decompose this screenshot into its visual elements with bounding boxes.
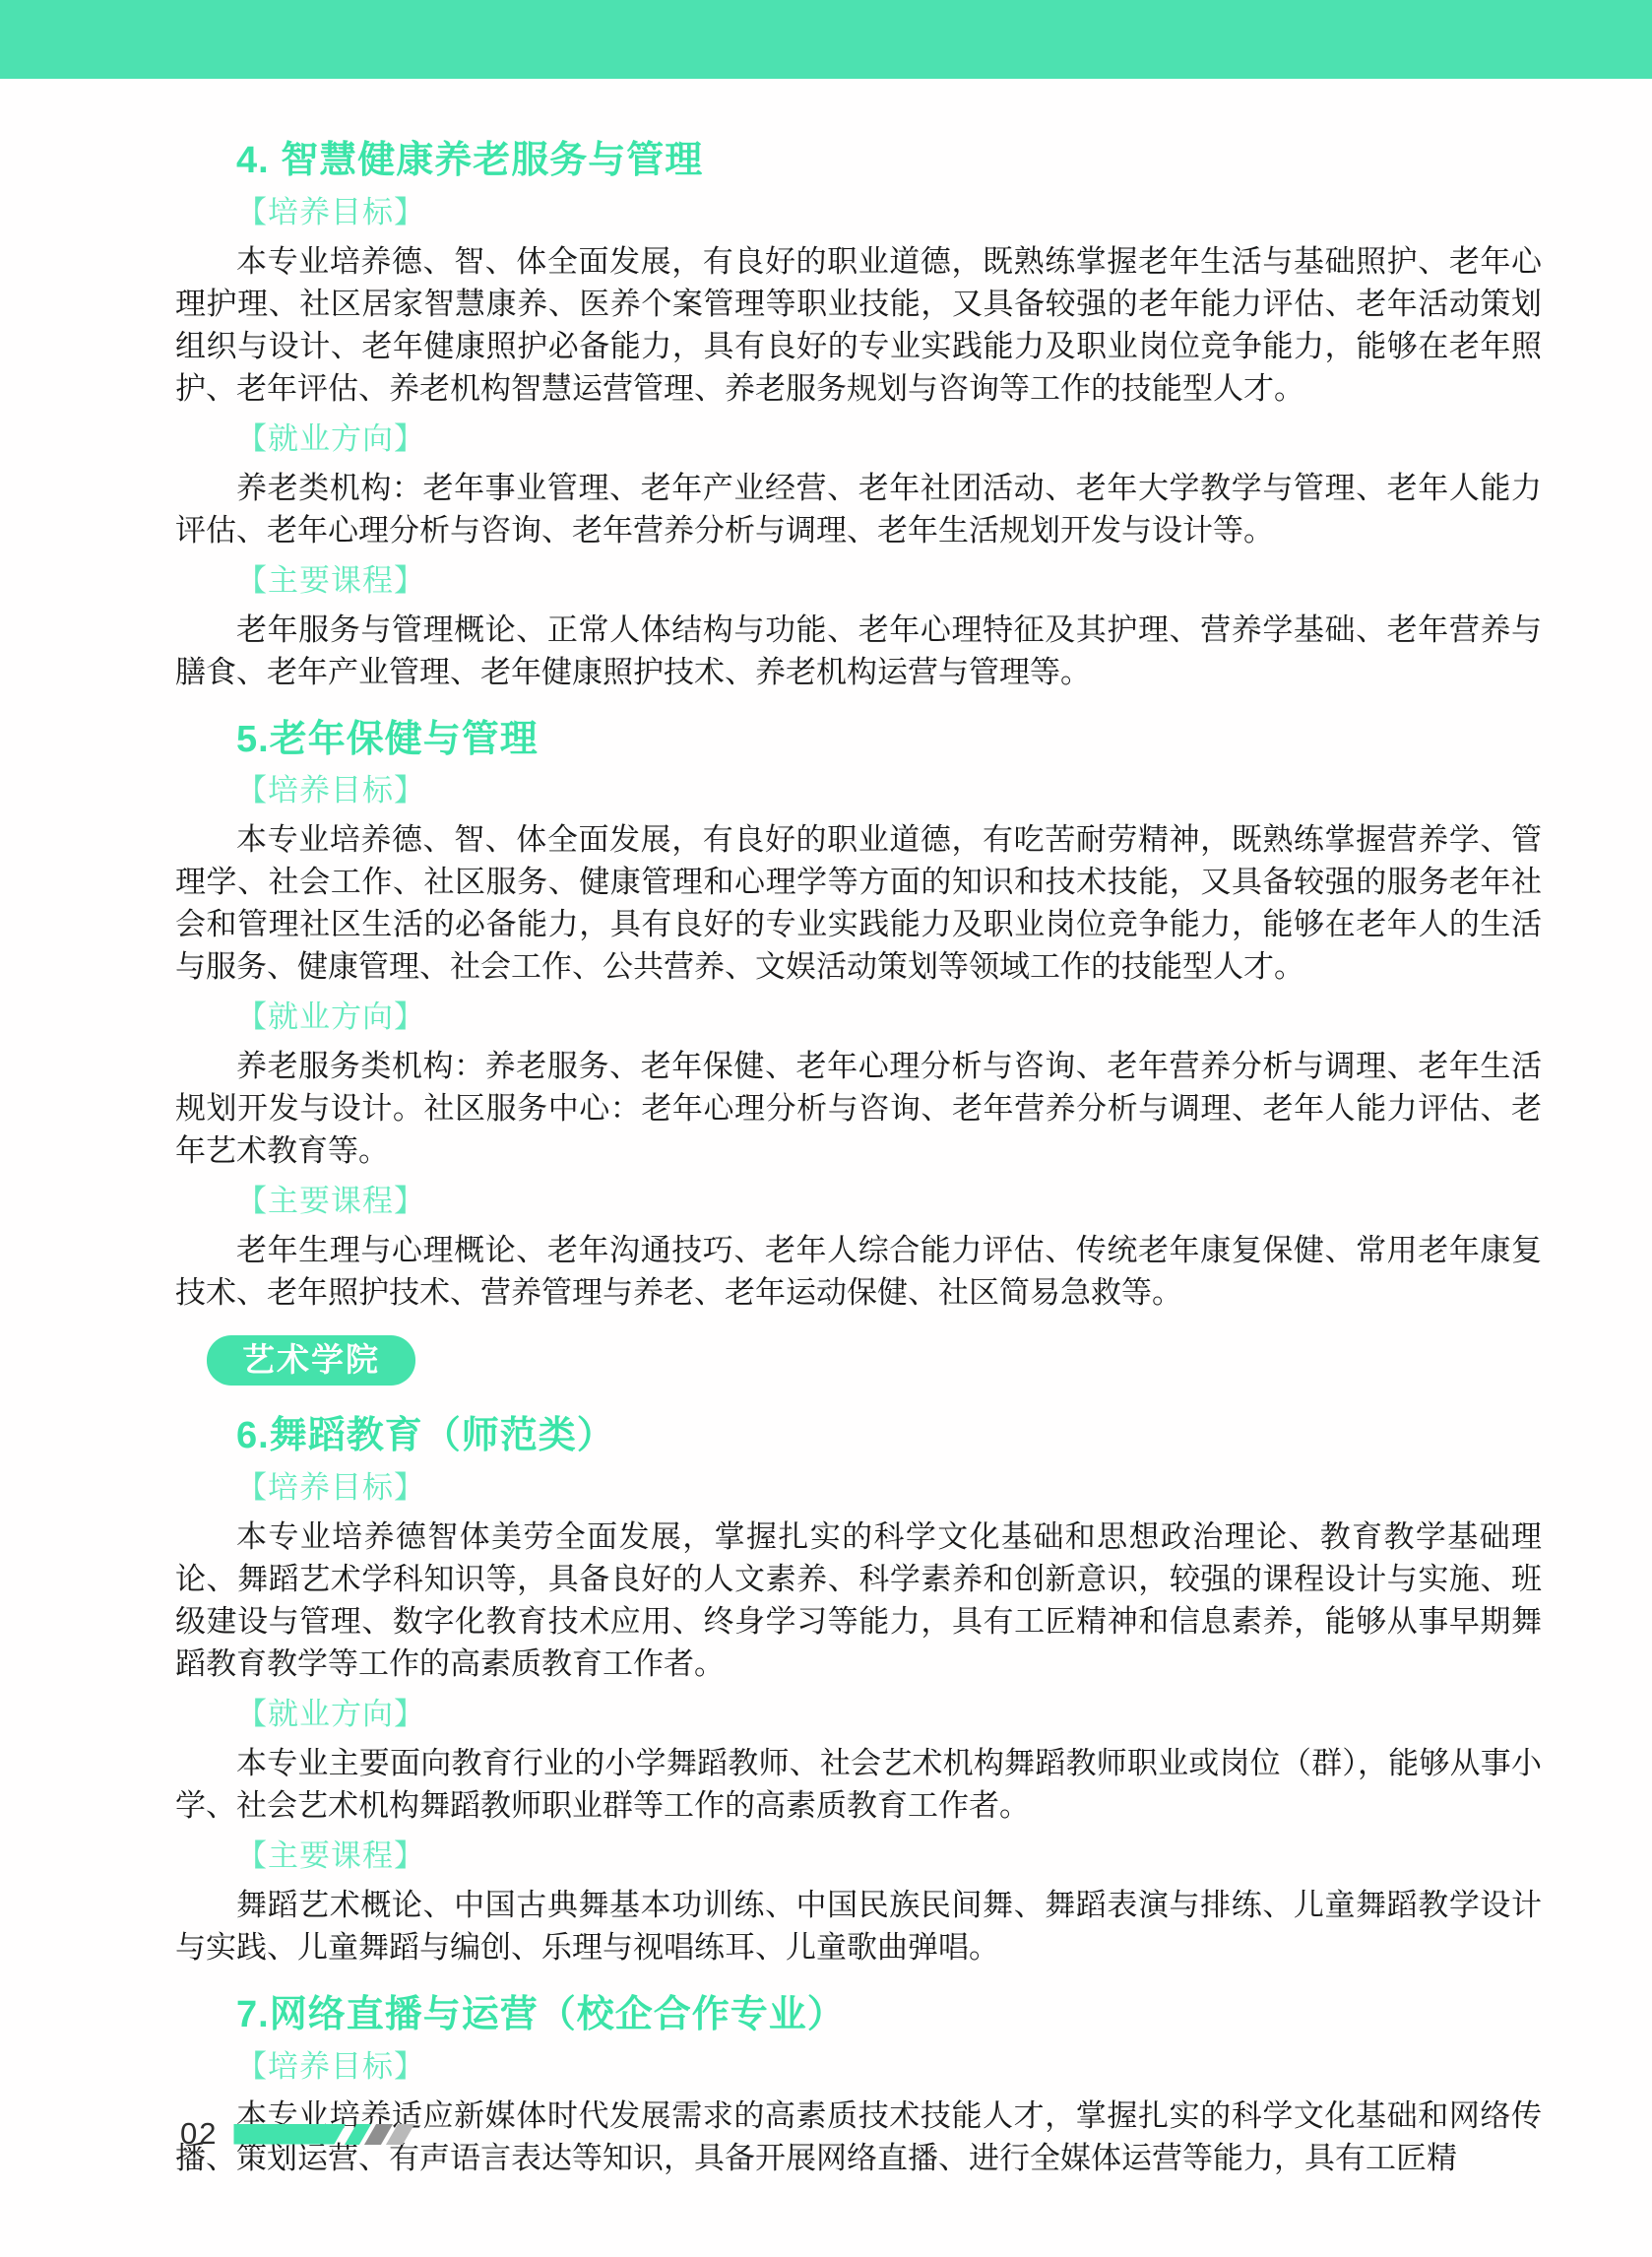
- section-label-employment: 【就业方向】: [236, 419, 1542, 459]
- page-number: 02: [180, 2116, 218, 2152]
- program-section-5: 5.老年保健与管理 【培养目标】 本专业培养德、智、体全面发展，有良好的职业道德…: [175, 719, 1542, 1315]
- page-footer: 02: [180, 2116, 409, 2152]
- section-label-training-goal: 【培养目标】: [236, 1468, 1542, 1508]
- header-band: [0, 0, 1652, 79]
- paragraph-training-goal: 本专业培养德、智、体全面发展，有良好的职业道德，有吃苦耐劳精神，既熟练掌握营养学…: [175, 818, 1542, 988]
- program-section-4: 4. 智慧健康养老服务与管理 【培养目标】 本专业培养德、智、体全面发展，有良好…: [175, 140, 1542, 693]
- section-label-courses: 【主要课程】: [236, 1837, 1542, 1876]
- section-label-courses: 【主要课程】: [236, 561, 1542, 601]
- program-title: 6.舞蹈教育（师范类）: [236, 1415, 1542, 1458]
- program-title: 5.老年保健与管理: [236, 719, 1542, 762]
- section-label-employment: 【就业方向】: [236, 998, 1542, 1037]
- paragraph-courses: 老年服务与管理概论、正常人体结构与功能、老年心理特征及其护理、营养学基础、老年营…: [175, 609, 1542, 693]
- program-section-6: 6.舞蹈教育（师范类） 【培养目标】 本专业培养德智体美劳全面发展，掌握扎实的科…: [175, 1415, 1542, 1968]
- paragraph-employment: 养老类机构：老年事业管理、老年产业经营、老年社团活动、老年大学教学与管理、老年人…: [175, 467, 1542, 551]
- paragraph-training-goal: 本专业培养德智体美劳全面发展，掌握扎实的科学文化基础和思想政治理论、教育教学基础…: [175, 1515, 1542, 1685]
- footer-bar: [233, 2124, 409, 2145]
- footer-bar-green-segment: [233, 2124, 346, 2145]
- program-title: 7.网络直播与运营（校企合作专业）: [236, 1994, 1542, 2037]
- section-label-training-goal: 【培养目标】: [236, 193, 1542, 232]
- college-badge: 艺术学院: [207, 1335, 415, 1386]
- brochure-page: 4. 智慧健康养老服务与管理 【培养目标】 本专业培养德、智、体全面发展，有良好…: [0, 0, 1652, 2257]
- college-badge-label: 艺术学院: [242, 1341, 380, 1378]
- section-label-training-goal: 【培养目标】: [236, 771, 1542, 810]
- section-label-training-goal: 【培养目标】: [236, 2047, 1542, 2087]
- program-title: 4. 智慧健康养老服务与管理: [236, 140, 1542, 183]
- paragraph-courses: 舞蹈艺术概论、中国古典舞基本功训练、中国民族民间舞、舞蹈表演与排练、儿童舞蹈教学…: [175, 1884, 1542, 1968]
- section-label-courses: 【主要课程】: [236, 1182, 1542, 1221]
- paragraph-employment: 养老服务类机构：养老服务、老年保健、老年心理分析与咨询、老年营养分析与调理、老年…: [175, 1045, 1542, 1172]
- section-label-employment: 【就业方向】: [236, 1695, 1542, 1734]
- paragraph-employment: 本专业主要面向教育行业的小学舞蹈教师、社会艺术机构舞蹈教师职业或岗位（群），能够…: [175, 1742, 1542, 1827]
- paragraph-courses: 老年生理与心理概论、老年沟通技巧、老年人综合能力评估、传统老年康复保健、常用老年…: [175, 1229, 1542, 1314]
- page-content: 4. 智慧健康养老服务与管理 【培养目标】 本专业培养德、智、体全面发展，有良好…: [0, 79, 1652, 2179]
- paragraph-training-goal: 本专业培养德、智、体全面发展，有良好的职业道德，既熟练掌握老年生活与基础照护、老…: [175, 240, 1542, 410]
